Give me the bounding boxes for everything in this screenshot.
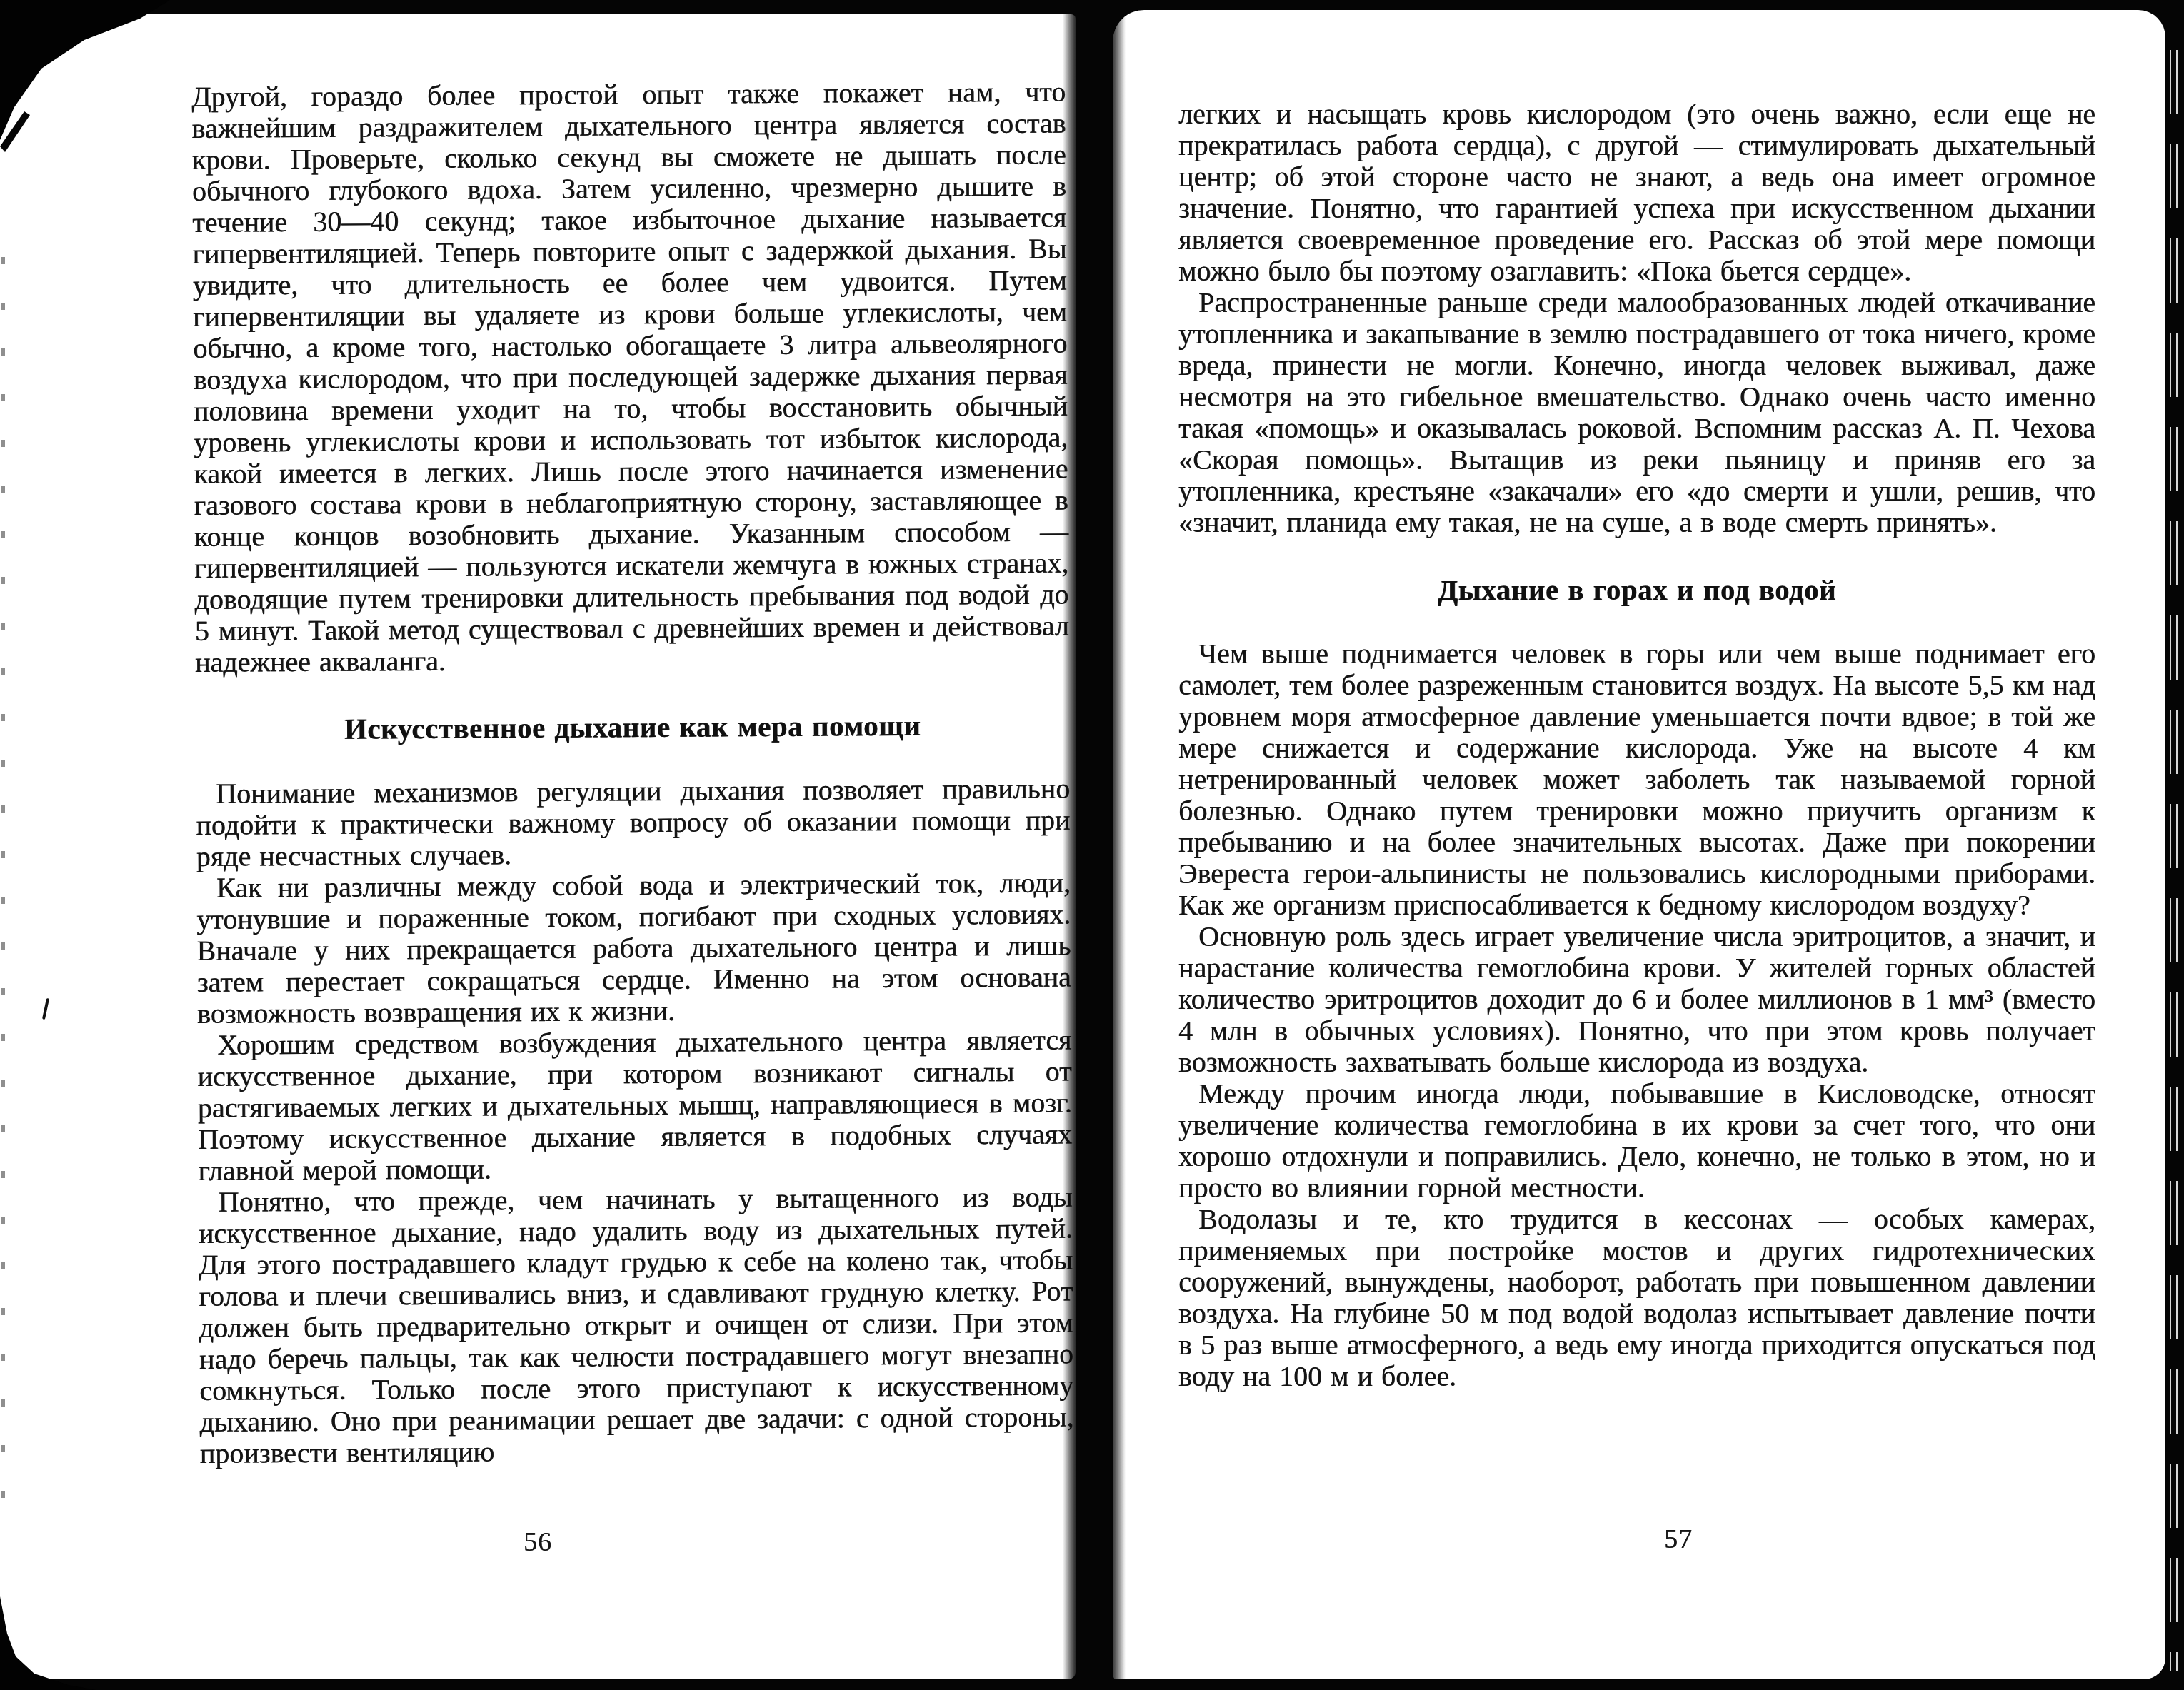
paragraph: Между прочим иногда люди, побывавшие в К…: [1178, 1078, 2095, 1204]
paragraph: Хорошим средством возбуждения дыхательно…: [197, 1024, 1072, 1186]
paragraph: Распространенные раньше среди малообразо…: [1178, 287, 2095, 538]
scan-top-left-blob: [0, 0, 186, 157]
paragraph: Как ни различны между собой вода и элект…: [196, 867, 1071, 1030]
left-page: Другой, гораздо более простой опыт также…: [0, 14, 1076, 1679]
paragraph: Водолазы и те, кто трудится в кессонах —…: [1178, 1204, 2095, 1392]
scan-bottom-left-wedge: [0, 1596, 100, 1690]
paragraph: Другой, гораздо более простой опыт также…: [191, 76, 1069, 678]
page-number-left: 56: [0, 1526, 1076, 1558]
paragraph: Понятно, что прежде, чем начинать у выта…: [198, 1181, 1073, 1469]
right-page-text: легких и насыщать кровь кислородом (это …: [1178, 99, 2095, 1392]
book-gutter-shadow: [1063, 0, 1126, 1690]
section-heading-right: Дыхание в горах и под водой: [1178, 574, 2095, 605]
book-spread: Другой, гораздо более простой опыт также…: [0, 0, 2184, 1690]
scan-edge-speckles: [1, 257, 5, 1514]
section-heading-left: Искусственное дыхание как мера помощи: [195, 709, 1069, 745]
paragraph: Основную роль здесь играет увеличение чи…: [1178, 921, 2095, 1078]
right-page: легких и насыщать кровь кислородом (это …: [1113, 10, 2165, 1679]
scan-right-edge-streak: [2170, 50, 2171, 1671]
left-page-text: Другой, гораздо более простой опыт также…: [191, 76, 1074, 1469]
paragraph: Понимание механизмов регуляции дыхания п…: [196, 773, 1071, 872]
scan-right-edge-streak: [2176, 50, 2178, 1671]
paragraph: легких и насыщать кровь кислородом (это …: [1178, 99, 2095, 287]
page-number-right: 57: [1152, 1524, 2184, 1555]
paragraph: Чем выше поднимается человек в горы или …: [1178, 638, 2095, 921]
